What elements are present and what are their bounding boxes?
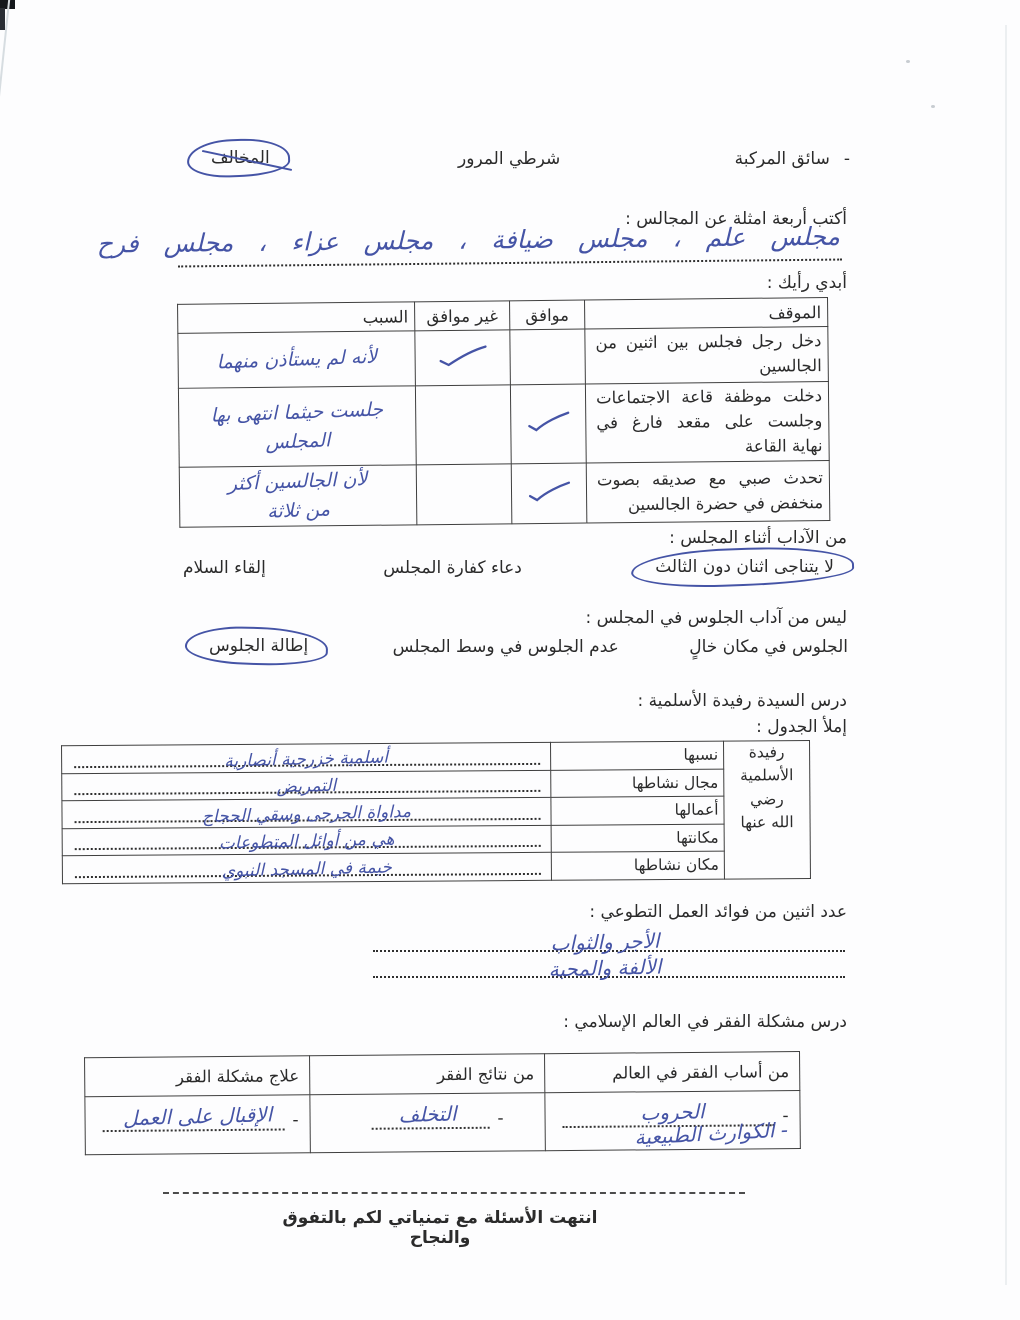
- dotted-answer-line: الألفة والمحبة: [373, 950, 845, 978]
- table-row: دخل رجل فجلس بين اثنين من الجالسين لأنه …: [178, 327, 829, 389]
- row-label: مجال نشاطها: [551, 769, 724, 798]
- column-header-situation: الموقف: [585, 298, 828, 330]
- column-header-reason: السبب: [178, 302, 415, 333]
- fill-table-instruction: إملأ الجدول :: [756, 716, 847, 738]
- column-header-results: من نتائج الفقر: [310, 1054, 545, 1095]
- question-manners-prompt: من الآداب أثناء المجلس :: [669, 527, 847, 549]
- rufaida-table: رفيدة الأسلمية رضي الله عنها نسبها أسلمي…: [61, 740, 811, 884]
- option-greeting: إلقاء السلام: [183, 558, 266, 578]
- column-header-causes: من أساب الفقر في العالم: [545, 1052, 800, 1093]
- checkmark-icon: [436, 344, 488, 369]
- scan-edge-line: [1005, 25, 1007, 1285]
- row-label: أعمالها: [551, 796, 724, 825]
- scan-speck: [931, 105, 935, 108]
- scan-speck: [906, 60, 910, 63]
- option-vehicle-driver: -سائق المركبة: [735, 149, 850, 169]
- rufaida-section-title: درس السيدة رفيدة الأسلمية :: [637, 690, 847, 712]
- table-header-row: من أساب الفقر في العالم من نتائج الفقر ع…: [85, 1052, 800, 1097]
- situation-text: دخلت موظفة قاعة الاجتماعات وجلست على مقع…: [585, 382, 829, 464]
- pen-circle-annotation: [184, 625, 328, 668]
- handwritten-reason: لأنه لم يستأذن منهما: [216, 342, 377, 376]
- rufaida-merged-label: رفيدة الأسلمية رضي الله عنها: [724, 741, 811, 879]
- column-header-disagree: غير موافق: [415, 301, 510, 331]
- handwritten-answer: خيمة في المسجد النبوي: [63, 853, 551, 885]
- option-not-middle: عدم الجلوس في وسط المجلس: [393, 637, 619, 657]
- end-of-questions-note: انتهت الأسئلة مع تمنياتي لكم بالتفوق وال…: [250, 1208, 630, 1248]
- row-label: مكانتها: [551, 824, 724, 853]
- volunteer-question-prompt: عدد اثنين من فوائد العمل التطوعي :: [589, 901, 847, 923]
- table-row: تحدث صبي مع صديقه بصوت منخفض في حضرة الج…: [179, 461, 830, 528]
- option-violator: المخالف: [195, 143, 284, 175]
- question-not-manners-prompt: ليس من آداب الجلوس في المجلس :: [585, 607, 847, 629]
- checkmark-icon: [525, 410, 571, 434]
- column-header-agree: موافق: [510, 300, 585, 330]
- top-options-row: -سائق المركبة شرطي المرور المخالف: [195, 143, 850, 175]
- column-header-treatment: علاج مشكلة الفقر: [85, 1056, 310, 1097]
- handwritten-reason: لأن الجالسين أكثر من ثلاثة: [212, 465, 384, 528]
- manners-options-row: لا يتناجى اثنان دون الثالث دعاء كفارة ال…: [183, 552, 848, 584]
- option-no-private-talk: لا يتناجى اثنان دون الثالث: [639, 552, 848, 584]
- handwritten-answer: الألفة والمحبة: [455, 952, 756, 984]
- row-label: مكان نشاطها: [551, 851, 724, 880]
- checkmark-icon: [526, 479, 572, 503]
- opinion-table: الموقف موافق غير موافق السبب دخل رجل فجل…: [177, 297, 830, 528]
- not-manners-options-row: الجلوس في مكان خالٍ عدم الجلوس في وسط ال…: [193, 631, 848, 663]
- row-label: نسبها: [551, 741, 724, 770]
- option-long-sitting: إطالة الجلوس: [193, 631, 322, 663]
- situation-text: تحدث صبي مع صديقه بصوت منخفض في حضرة الج…: [586, 461, 830, 524]
- pen-circle-annotation: [631, 544, 855, 590]
- dashed-divider: [163, 1192, 745, 1194]
- table-row: دخلت موظفة قاعة الاجتماعات وجلست على مقع…: [178, 382, 829, 468]
- dotted-answer-line: الأجر والثواب: [373, 924, 845, 952]
- option-empty-place: الجلوس في مكان خالٍ: [689, 637, 848, 657]
- opinion-section-title: أبدي رأيك :: [767, 272, 847, 294]
- scanned-exam-page: { "colors": { "pen_blue": "#4554a6", "in…: [0, 0, 1020, 1320]
- option-kaffara-dua: دعاء كفارة المجلس: [383, 558, 522, 578]
- situation-text: دخل رجل فجلس بين اثنين من الجالسين: [585, 327, 829, 385]
- handwritten-reason: جلست حيثما انتهى بها المجلس: [206, 395, 388, 459]
- list-dash: -: [844, 149, 850, 169]
- table-row: مكان نشاطها خيمة في المسجد النبوي: [62, 851, 810, 884]
- scan-edge-line: [0, 0, 11, 241]
- poverty-section-title: درس مشكلة الفقر في العالم الإسلامي :: [563, 1011, 847, 1033]
- option-traffic-policeman: شرطي المرور: [458, 149, 560, 169]
